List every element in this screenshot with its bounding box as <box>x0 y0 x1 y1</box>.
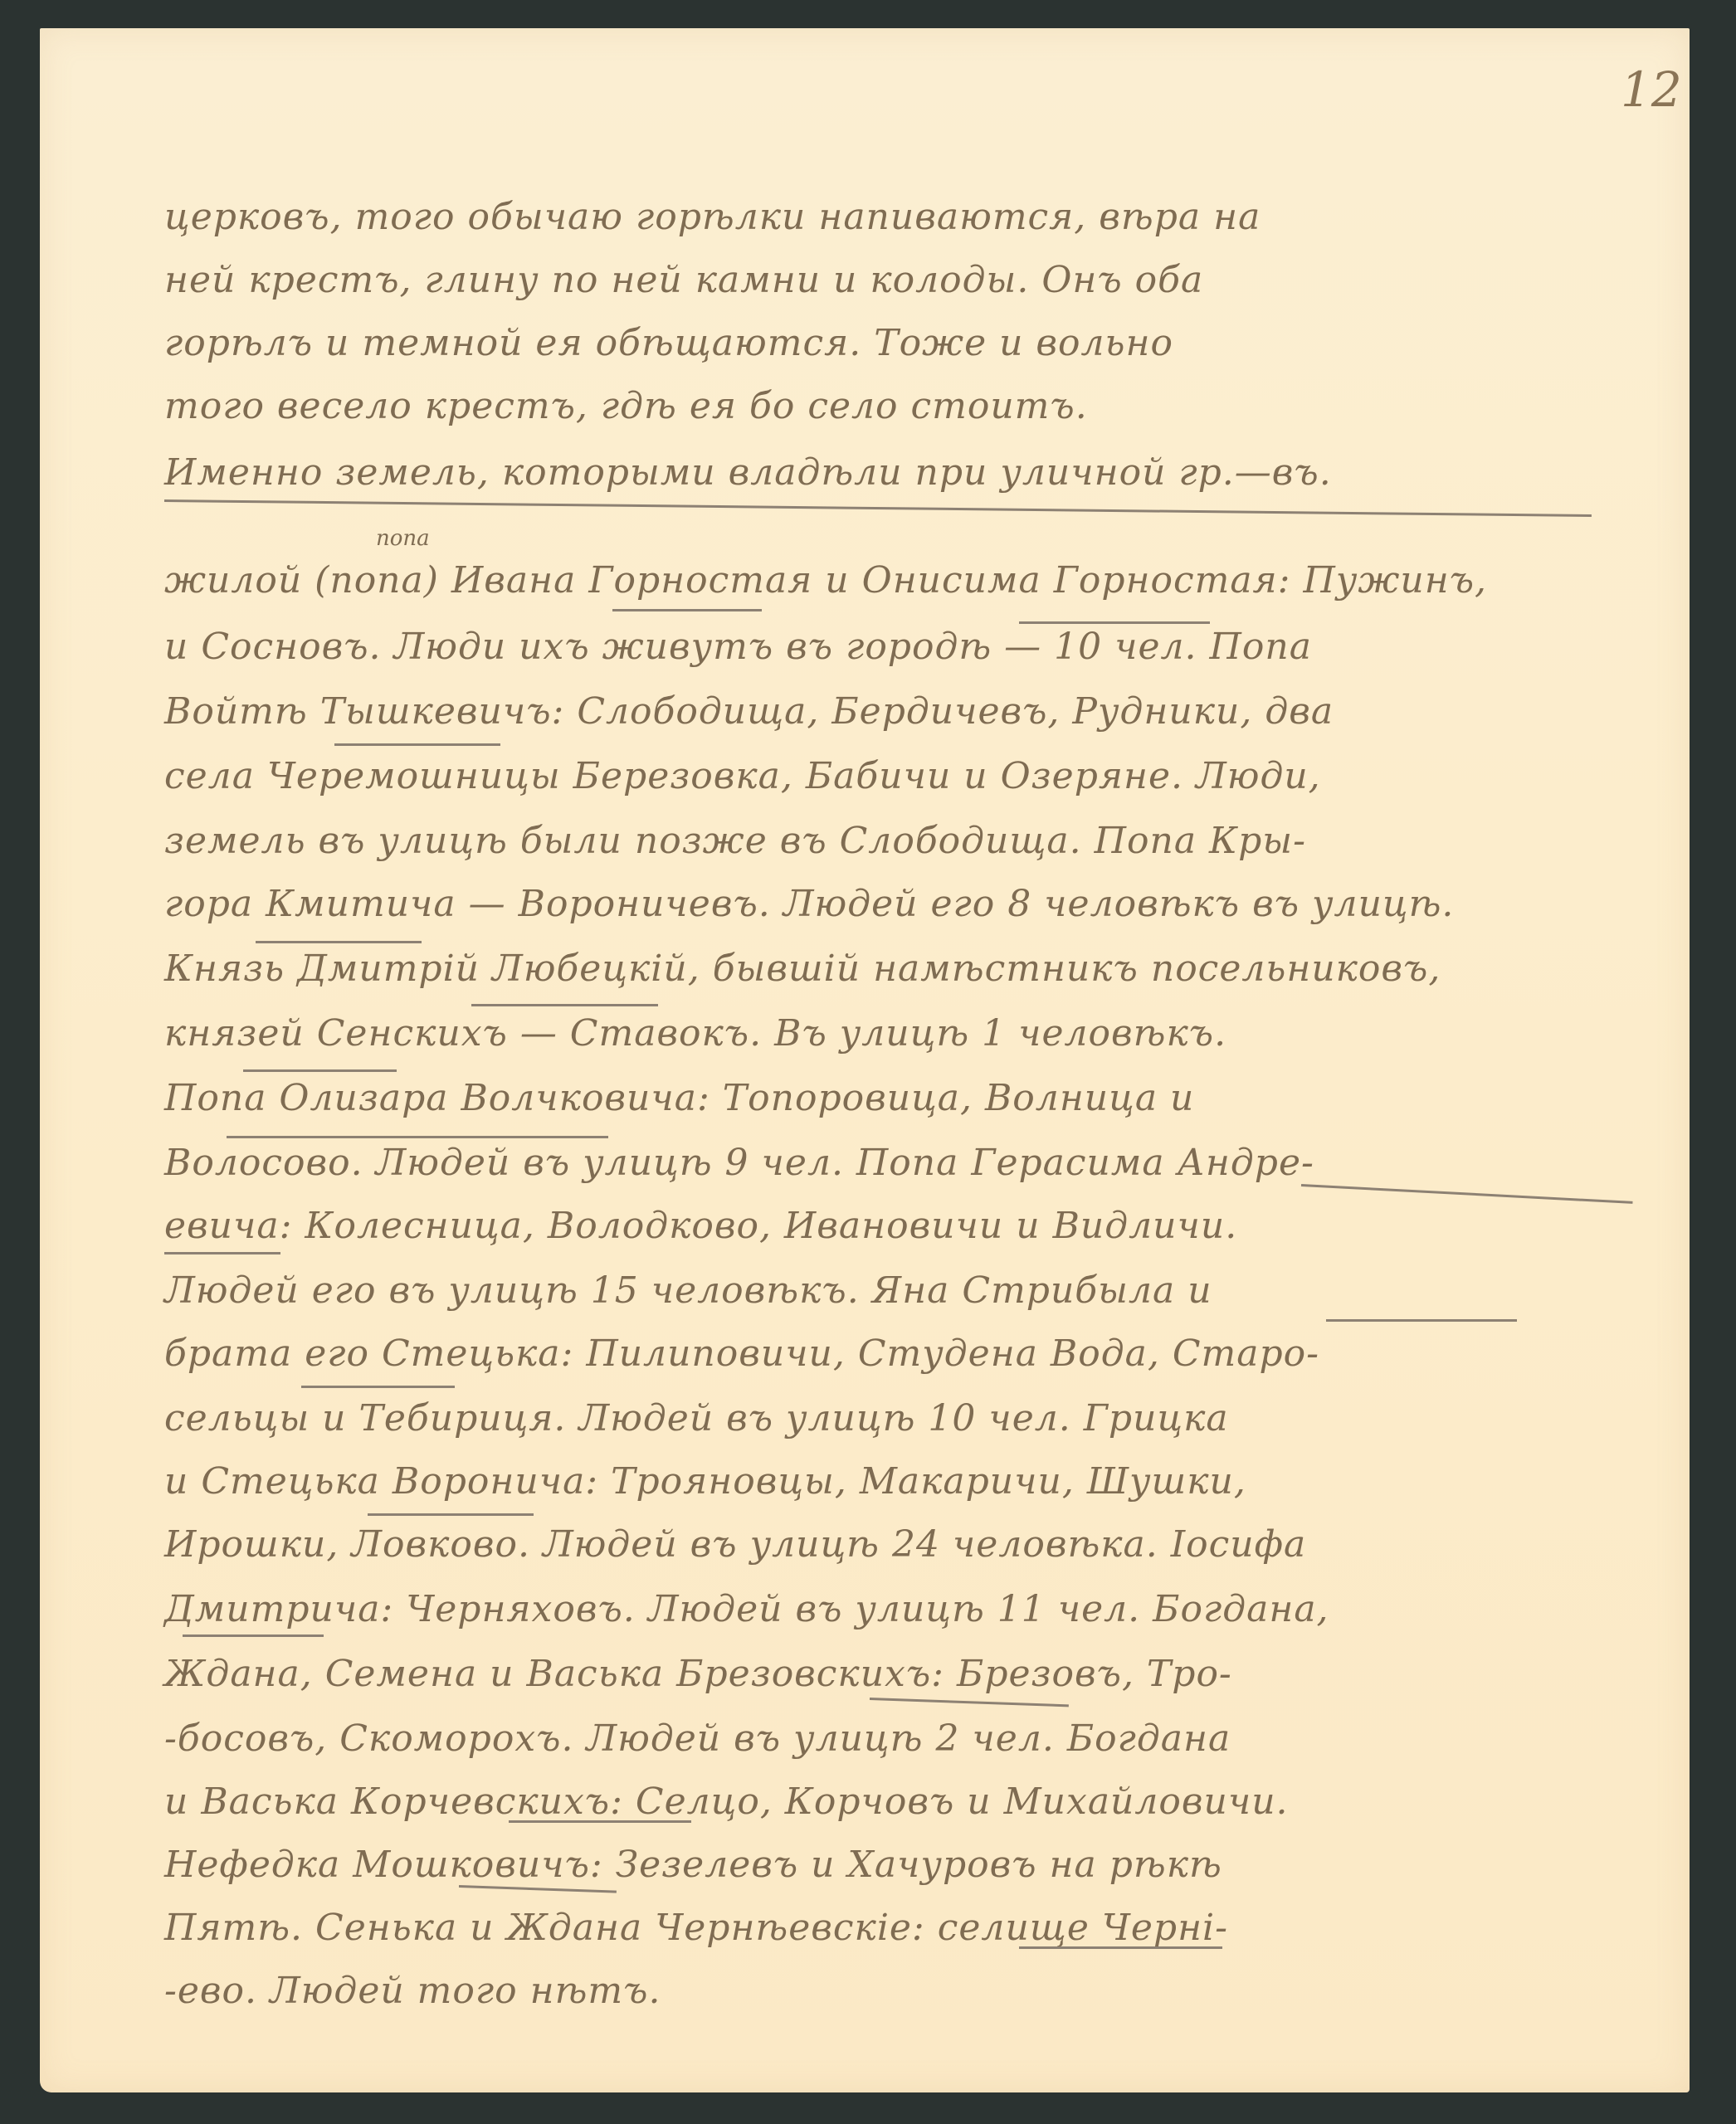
page-number: 12 <box>1621 61 1682 118</box>
name-underline <box>368 1513 534 1516</box>
text-line-15: Волосово. Людей въ улицѣ 9 чел. Попа Гер… <box>164 1142 1314 1184</box>
name-underline <box>164 1252 280 1254</box>
text-line-20: и Стецька Воронича: Трояновцы, Макаричи,… <box>164 1460 1246 1503</box>
name-underline <box>243 1069 397 1072</box>
text-line-28: -ево. Людей того нѣтъ. <box>164 1970 661 2012</box>
text-line-25: и Васька Корчевскихъ: Селцо, Корчовъ и М… <box>164 1781 1289 1823</box>
name-underline <box>471 1004 658 1006</box>
text-line-18: брата его Стецька: Пилиповичи, Студена В… <box>164 1332 1319 1375</box>
text-line-26: Нефедка Мошковичъ: Зезелевъ и Хачуровъ н… <box>164 1844 1222 1886</box>
name-underline <box>1326 1319 1517 1322</box>
text-line-1: церковъ, того обычаю горѣлки напиваются,… <box>164 196 1261 238</box>
text-line-10: земель въ улицѣ были позже въ Слободища.… <box>164 820 1306 862</box>
text-line-19: сельцы и Тебириця. Людей въ улицѣ 10 чел… <box>164 1397 1229 1440</box>
text-line-17: Людей его въ улицѣ 15 человѣкъ. Яна Стри… <box>164 1269 1212 1312</box>
name-underline <box>870 1698 1069 1707</box>
text-line-7: и Сосновъ. Люди ихъ живутъ въ городѣ — 1… <box>164 626 1312 668</box>
text-line-11: гора Кмитича — Вороничевъ. Людей его 8 ч… <box>164 883 1454 925</box>
text-line-12: Князь Дмитрій Любецкій, бывшій намѣстник… <box>164 948 1441 990</box>
name-underline <box>612 609 762 611</box>
text-line-6: жилой (попа) Ивана Горностая и Онисима Г… <box>164 559 1487 602</box>
name-underline <box>334 743 500 746</box>
name-underline <box>183 1634 324 1637</box>
name-underline <box>301 1386 455 1388</box>
text-line-24: -босовъ, Скоморохъ. Людей въ улицѣ 2 чел… <box>164 1717 1231 1760</box>
name-underline <box>1019 621 1210 624</box>
manuscript-page: 12 церковъ, того обычаю горѣлки напивают… <box>40 28 1690 2092</box>
text-line-22: Дмитрича: Черняховъ. Людей въ улицѣ 11 ч… <box>164 1588 1329 1630</box>
text-line-23: Ждана, Семена и Васька Брезовскихъ: Брез… <box>164 1653 1232 1695</box>
name-underline <box>459 1885 617 1893</box>
text-line-8: Войтѣ Тышкевичъ: Слободища, Бердичевъ, Р… <box>164 690 1334 733</box>
section-heading: Именно земель, которыми владѣли при улич… <box>164 451 1332 494</box>
text-line-16: евича: Колесница, Володково, Ивановичи и… <box>164 1205 1237 1247</box>
text-line-27: Пятѣ. Сенька и Ждана Чернѣевскіе: селище… <box>164 1907 1228 1949</box>
text-line-9: села Черемошницы Березовка, Бабичи и Озе… <box>164 755 1321 797</box>
text-line-21: Ирошки, Ловково. Людей въ улицѣ 24 челов… <box>164 1523 1306 1566</box>
name-underline <box>256 941 422 943</box>
text-line-4: того весело крестъ, гдѣ ея бо село стоит… <box>164 385 1088 427</box>
interlinear-insertion: попа <box>376 526 430 551</box>
heading-underline <box>164 499 1592 517</box>
name-underline <box>1019 1946 1222 1949</box>
text-line-14: Попа Олизара Волчковича: Топоровица, Вол… <box>164 1077 1194 1119</box>
name-underline <box>509 1820 691 1823</box>
text-line-13: князей Сенскихъ — Ставокъ. Въ улицѣ 1 че… <box>164 1012 1226 1055</box>
name-underline <box>1301 1184 1633 1204</box>
name-underline <box>227 1136 608 1138</box>
text-line-2: ней крестъ, глину по ней камни и колоды.… <box>164 259 1203 301</box>
text-line-3: горѣлъ и темной ея обѣщаются. Тоже и вол… <box>164 322 1173 364</box>
